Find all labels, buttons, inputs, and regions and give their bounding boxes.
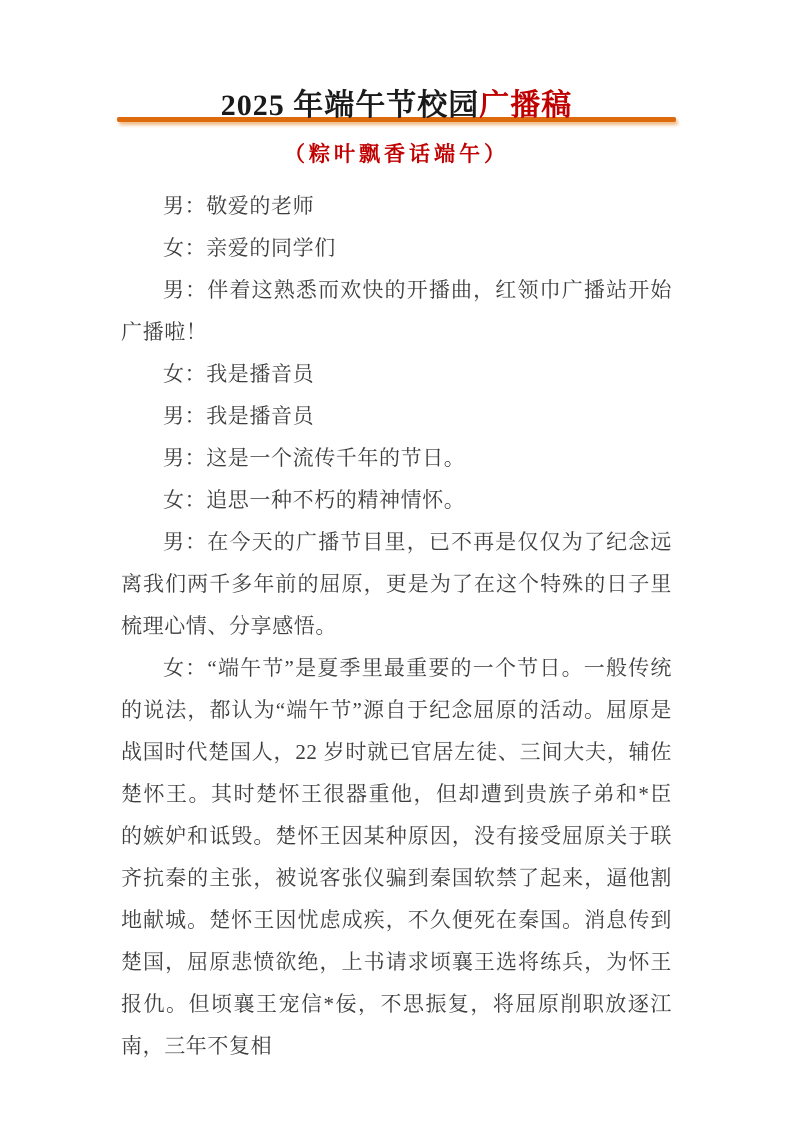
page-title-black-part: 2025 年端午节校园 — [221, 89, 480, 122]
page-subtitle: （粽叶飘香话端午） — [121, 139, 672, 169]
page-title: 2025 年端午节校园广播稿 — [121, 88, 672, 124]
dialogue-line: 男：我是播音员 — [121, 395, 672, 437]
page-title-red-part: 广播稿 — [479, 89, 572, 122]
dialogue-line: 女：我是播音员 — [121, 353, 672, 395]
dialogue-line: 女：亲爱的同学们 — [121, 227, 672, 269]
dialogue-line: 女：“端午节”是夏季里最重要的一个节日。一般传统的说法，都认为“端午节”源自于纪… — [121, 647, 672, 1067]
dialogue-line: 男：在今天的广播节目里，已不再是仅仅为了纪念远离我们两千多年前的屈原，更是为了在… — [121, 521, 672, 647]
broadcast-script-body: 男：敬爱的老师 女：亲爱的同学们 男：伴着这熟悉而欢快的开播曲，红领巾广播站开始… — [121, 185, 672, 1067]
dialogue-line: 男：伴着这熟悉而欢快的开播曲，红领巾广播站开始广播啦！ — [121, 269, 672, 353]
title-block: 2025 年端午节校园广播稿 — [121, 88, 672, 124]
dialogue-line: 男：这是一个流传千年的节日。 — [121, 437, 672, 479]
dialogue-line: 女：追思一种不朽的精神情怀。 — [121, 479, 672, 521]
dialogue-line: 男：敬爱的老师 — [121, 185, 672, 227]
document-page: 2025 年端午节校园广播稿 （粽叶飘香话端午） 男：敬爱的老师 女：亲爱的同学… — [0, 0, 793, 1122]
